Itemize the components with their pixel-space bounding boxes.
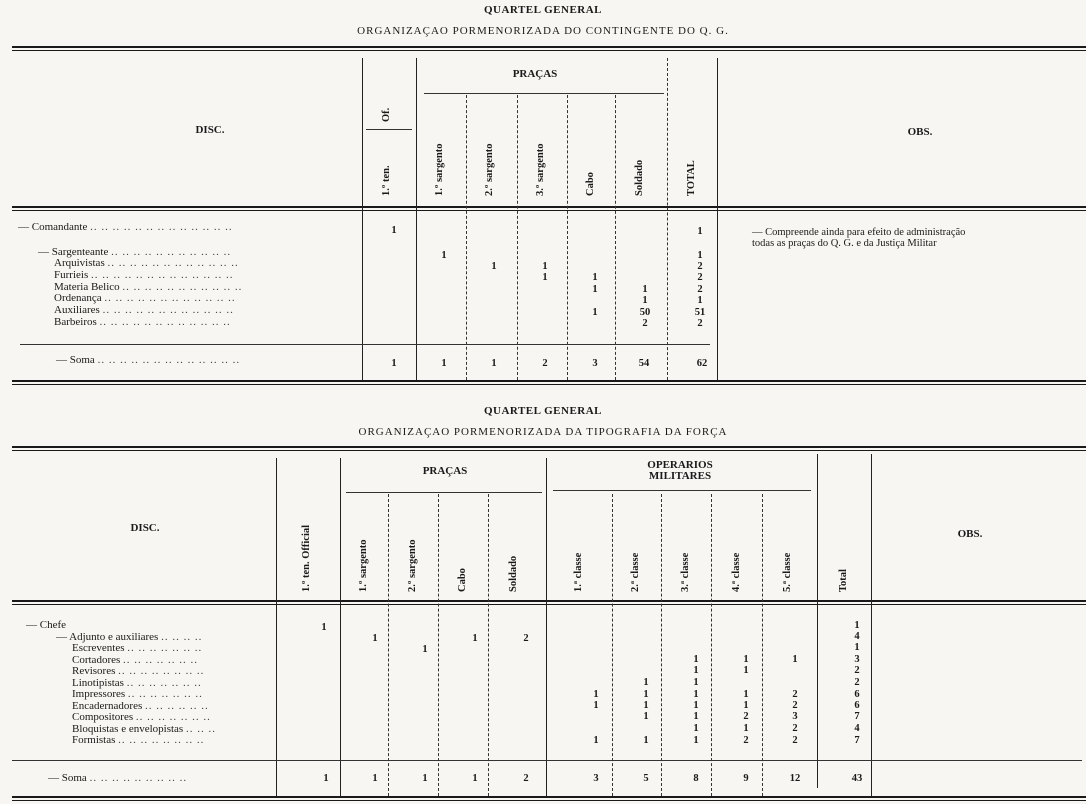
t2-col-divider bbox=[546, 458, 547, 796]
t1-cell: 1 bbox=[424, 250, 464, 262]
t1-col-divider bbox=[416, 58, 417, 380]
t1-soma-cell: 62 bbox=[682, 358, 722, 370]
t2-cell: 1 bbox=[775, 654, 815, 666]
t1-cell: 1 bbox=[575, 272, 615, 284]
t2-pracas-underline bbox=[346, 492, 542, 493]
t1-header-of: Of. bbox=[381, 108, 392, 122]
t2-cell: 1 bbox=[676, 689, 716, 701]
t2-row-label: Formistas .. .. .. .. .. .. .. .. bbox=[72, 735, 204, 747]
t1-row-label: Auxiliares .. .. .. .. .. .. .. .. .. ..… bbox=[54, 305, 234, 317]
t2-cell: 1 bbox=[837, 620, 877, 632]
t2-col-divider bbox=[711, 494, 712, 796]
t1-header-2sarg: 2.º sargento bbox=[484, 144, 495, 196]
t1-cell: 2 bbox=[680, 261, 720, 273]
t2-header-oficial: 1.º ten. Official bbox=[301, 525, 312, 592]
t1-col-divider bbox=[362, 58, 363, 380]
t1-header-1sarg: 1.º sargento bbox=[434, 144, 445, 196]
t1-col-divider bbox=[567, 95, 568, 380]
table1-header-rule bbox=[12, 206, 1086, 211]
t1-row-label: Barbeiros .. .. .. .. .. .. .. .. .. .. … bbox=[54, 317, 231, 329]
t1-row-label: Furrieis .. .. .. .. .. .. .. .. .. .. .… bbox=[54, 270, 233, 282]
t1-row-label: Arquivistas .. .. .. .. .. .. .. .. .. .… bbox=[54, 258, 239, 270]
t2-soma-label: — Soma .. .. .. .. .. .. .. .. .. bbox=[48, 773, 187, 785]
t2-soma-cell: 1 bbox=[306, 773, 346, 785]
t2-cell: 1 bbox=[355, 633, 395, 645]
table2-header-rule bbox=[12, 600, 1086, 605]
t1-col-divider bbox=[717, 58, 718, 380]
t2-cell: 1 bbox=[304, 622, 344, 634]
t2-cell: 6 bbox=[837, 689, 877, 701]
t2-header-1classe: 1.ª classe bbox=[573, 553, 584, 592]
t1-cell: 2 bbox=[680, 284, 720, 296]
t2-header-2sarg: 2.º sargento bbox=[407, 540, 418, 592]
t2-row-label: Impressores .. .. .. .. .. .. .. bbox=[72, 689, 203, 701]
t2-cell: 1 bbox=[626, 735, 666, 747]
t2-row-label: Escreventes .. .. .. .. .. .. .. bbox=[72, 643, 202, 655]
t1-header-total: TOTAL bbox=[686, 160, 697, 196]
t1-cell: 1 bbox=[680, 295, 720, 307]
t2-cell: 7 bbox=[837, 711, 877, 723]
t2-soma-rule bbox=[12, 760, 1082, 761]
t1-header-cabo: Cabo bbox=[585, 172, 596, 196]
table2-title: QUARTEL GENERAL bbox=[0, 405, 1086, 417]
table1-bottom-rule bbox=[12, 380, 1086, 385]
t2-cell: 3 bbox=[837, 654, 877, 666]
t1-soma-cell: 1 bbox=[374, 358, 414, 370]
t1-cell: 2 bbox=[680, 272, 720, 284]
t1-header-disc: DISC. bbox=[180, 124, 240, 136]
t2-cell: 1 bbox=[676, 654, 716, 666]
t2-soma-cell: 1 bbox=[355, 773, 395, 785]
t2-cell: 1 bbox=[726, 654, 766, 666]
t2-cell: 1 bbox=[626, 677, 666, 689]
t2-cell: 1 bbox=[837, 642, 877, 654]
t2-col-divider bbox=[488, 494, 489, 796]
t1-header-soldado: Soldado bbox=[634, 160, 645, 196]
t2-cell: 6 bbox=[837, 700, 877, 712]
t1-col-divider bbox=[667, 58, 668, 380]
t2-cell: 1 bbox=[726, 689, 766, 701]
t1-col-divider bbox=[517, 95, 518, 380]
t2-soma-cell: 9 bbox=[726, 773, 766, 785]
t2-cell: 2 bbox=[775, 723, 815, 735]
t2-operarios-underline bbox=[553, 490, 811, 491]
t1-header-3sarg: 3.º sargento bbox=[535, 144, 546, 196]
t2-cell: 2 bbox=[775, 735, 815, 747]
t2-header-operarios: OPERARIOS MILITARES bbox=[630, 460, 730, 482]
t1-cell: 51 bbox=[680, 307, 720, 319]
t2-cell: 2 bbox=[506, 633, 546, 645]
t1-soma-cell: 2 bbox=[525, 358, 565, 370]
t2-cell: 1 bbox=[676, 723, 716, 735]
t2-header-cabo: Cabo bbox=[457, 568, 468, 592]
t2-header-4classe: 4.ª classe bbox=[731, 553, 742, 592]
t2-cell: 1 bbox=[455, 633, 495, 645]
t1-cell: 1 bbox=[625, 295, 665, 307]
t1-cell: 2 bbox=[680, 318, 720, 330]
t2-header-1sarg: 1.º sargento bbox=[358, 540, 369, 592]
t1-pracas-underline bbox=[424, 93, 664, 94]
t1-cell: 1 bbox=[625, 284, 665, 296]
t2-cell: 1 bbox=[576, 689, 616, 701]
t2-header-5classe: 5.ª classe bbox=[782, 553, 793, 592]
t2-cell: 4 bbox=[837, 723, 877, 735]
t1-cell: 1 bbox=[525, 261, 565, 273]
t1-header-obs: OBS. bbox=[890, 126, 950, 138]
t2-col-divider bbox=[817, 454, 818, 788]
t1-header-1ten: 1.º ten. bbox=[381, 165, 392, 196]
t2-header-pracas: PRAÇAS bbox=[390, 465, 500, 477]
t2-header-obs: OBS. bbox=[940, 528, 1000, 540]
table1-title: QUARTEL GENERAL bbox=[0, 4, 1086, 16]
t2-col-divider bbox=[276, 458, 277, 796]
t2-soma-cell: 8 bbox=[676, 773, 716, 785]
t2-cell: 1 bbox=[726, 665, 766, 677]
t1-obs-line: todas as praças do Q. G. e da Justiça Mi… bbox=[752, 238, 965, 249]
t2-col-divider bbox=[388, 494, 389, 796]
t2-cell: 1 bbox=[676, 735, 716, 747]
t2-cell: 4 bbox=[837, 631, 877, 643]
t2-cell: 1 bbox=[576, 735, 616, 747]
t2-cell: 1 bbox=[676, 711, 716, 723]
t2-cell: 1 bbox=[676, 665, 716, 677]
t1-cell: 1 bbox=[575, 284, 615, 296]
t2-soma-cell: 2 bbox=[506, 773, 546, 785]
t2-cell: 2 bbox=[837, 665, 877, 677]
t2-cell: 1 bbox=[676, 677, 716, 689]
t1-soma-cell: 1 bbox=[474, 358, 514, 370]
t1-soma-cell: 3 bbox=[575, 358, 615, 370]
t2-cell: 1 bbox=[626, 711, 666, 723]
t2-cell: 2 bbox=[726, 735, 766, 747]
t1-cell: 1 bbox=[374, 225, 414, 237]
t2-cell: 3 bbox=[775, 711, 815, 723]
t1-header-pracas: PRAÇAS bbox=[480, 68, 590, 80]
table2-bottom-rule bbox=[12, 796, 1086, 801]
t2-row-label: — Chefe bbox=[26, 620, 66, 632]
t2-cell: 7 bbox=[837, 735, 877, 747]
t2-cell: 1 bbox=[405, 644, 445, 656]
t2-header-soldado: Soldado bbox=[508, 556, 519, 592]
t2-header-total: Total bbox=[838, 569, 849, 592]
t1-cell: 1 bbox=[680, 250, 720, 262]
t2-col-divider bbox=[661, 494, 662, 796]
t1-soma-cell: 1 bbox=[424, 358, 464, 370]
t2-soma-cell: 5 bbox=[626, 773, 666, 785]
t2-col-divider bbox=[762, 494, 763, 796]
t1-row-label: — Comandante .. .. .. .. .. .. .. .. .. … bbox=[18, 222, 233, 234]
t1-cell: 2 bbox=[625, 318, 665, 330]
t2-soma-cell: 43 bbox=[837, 773, 877, 785]
t1-of-rule bbox=[366, 129, 412, 130]
table2-top-rule bbox=[12, 446, 1086, 451]
t2-soma-cell: 12 bbox=[775, 773, 815, 785]
t2-header-2classe: 2.ª classe bbox=[630, 553, 641, 592]
t1-soma-cell: 54 bbox=[624, 358, 664, 370]
t2-soma-cell: 1 bbox=[455, 773, 495, 785]
table2-subtitle: ORGANIZAÇAO PORMENORIZADA DA TIPOGRAFIA … bbox=[0, 426, 1086, 438]
t2-cell: 1 bbox=[626, 689, 666, 701]
t2-soma-cell: 3 bbox=[576, 773, 616, 785]
t1-cell: 1 bbox=[575, 307, 615, 319]
t2-cell: 1 bbox=[626, 700, 666, 712]
t1-cell: 1 bbox=[680, 226, 720, 238]
t2-cell: 2 bbox=[726, 711, 766, 723]
t1-obs-note: — Compreende ainda para efeito de admini… bbox=[752, 227, 965, 249]
t2-cell: 2 bbox=[775, 689, 815, 701]
t1-row-label: Ordenança .. .. .. .. .. .. .. .. .. .. … bbox=[54, 293, 236, 305]
t2-cell: 1 bbox=[576, 700, 616, 712]
t1-soma-rule bbox=[20, 344, 710, 345]
t2-cell: 1 bbox=[676, 700, 716, 712]
t2-cell: 1 bbox=[726, 700, 766, 712]
table1-subtitle: ORGANIZAÇAO PORMENORIZADA DO CONTINGENTE… bbox=[0, 25, 1086, 37]
table1-top-rule bbox=[12, 46, 1086, 51]
t1-col-divider bbox=[466, 95, 467, 380]
t1-cell: 1 bbox=[525, 272, 565, 284]
t1-obs-line: — Compreende ainda para efeito de admini… bbox=[752, 227, 965, 238]
t2-header-disc: DISC. bbox=[115, 522, 175, 534]
t2-header-3classe: 3.ª classe bbox=[680, 553, 691, 592]
t2-cell: 2 bbox=[837, 677, 877, 689]
t2-row-label: Revisores .. .. .. .. .. .. .. .. bbox=[72, 666, 204, 678]
t2-cell: 2 bbox=[775, 700, 815, 712]
t2-row-label: Compositores .. .. .. .. .. .. .. bbox=[72, 712, 211, 724]
t1-col-divider bbox=[615, 95, 616, 380]
t1-soma-label: — Soma .. .. .. .. .. .. .. .. .. .. .. … bbox=[56, 355, 240, 367]
t1-cell: 50 bbox=[625, 307, 665, 319]
t2-soma-cell: 1 bbox=[405, 773, 445, 785]
t2-cell: 1 bbox=[726, 723, 766, 735]
t1-cell: 1 bbox=[474, 261, 514, 273]
t2-col-divider bbox=[612, 494, 613, 796]
